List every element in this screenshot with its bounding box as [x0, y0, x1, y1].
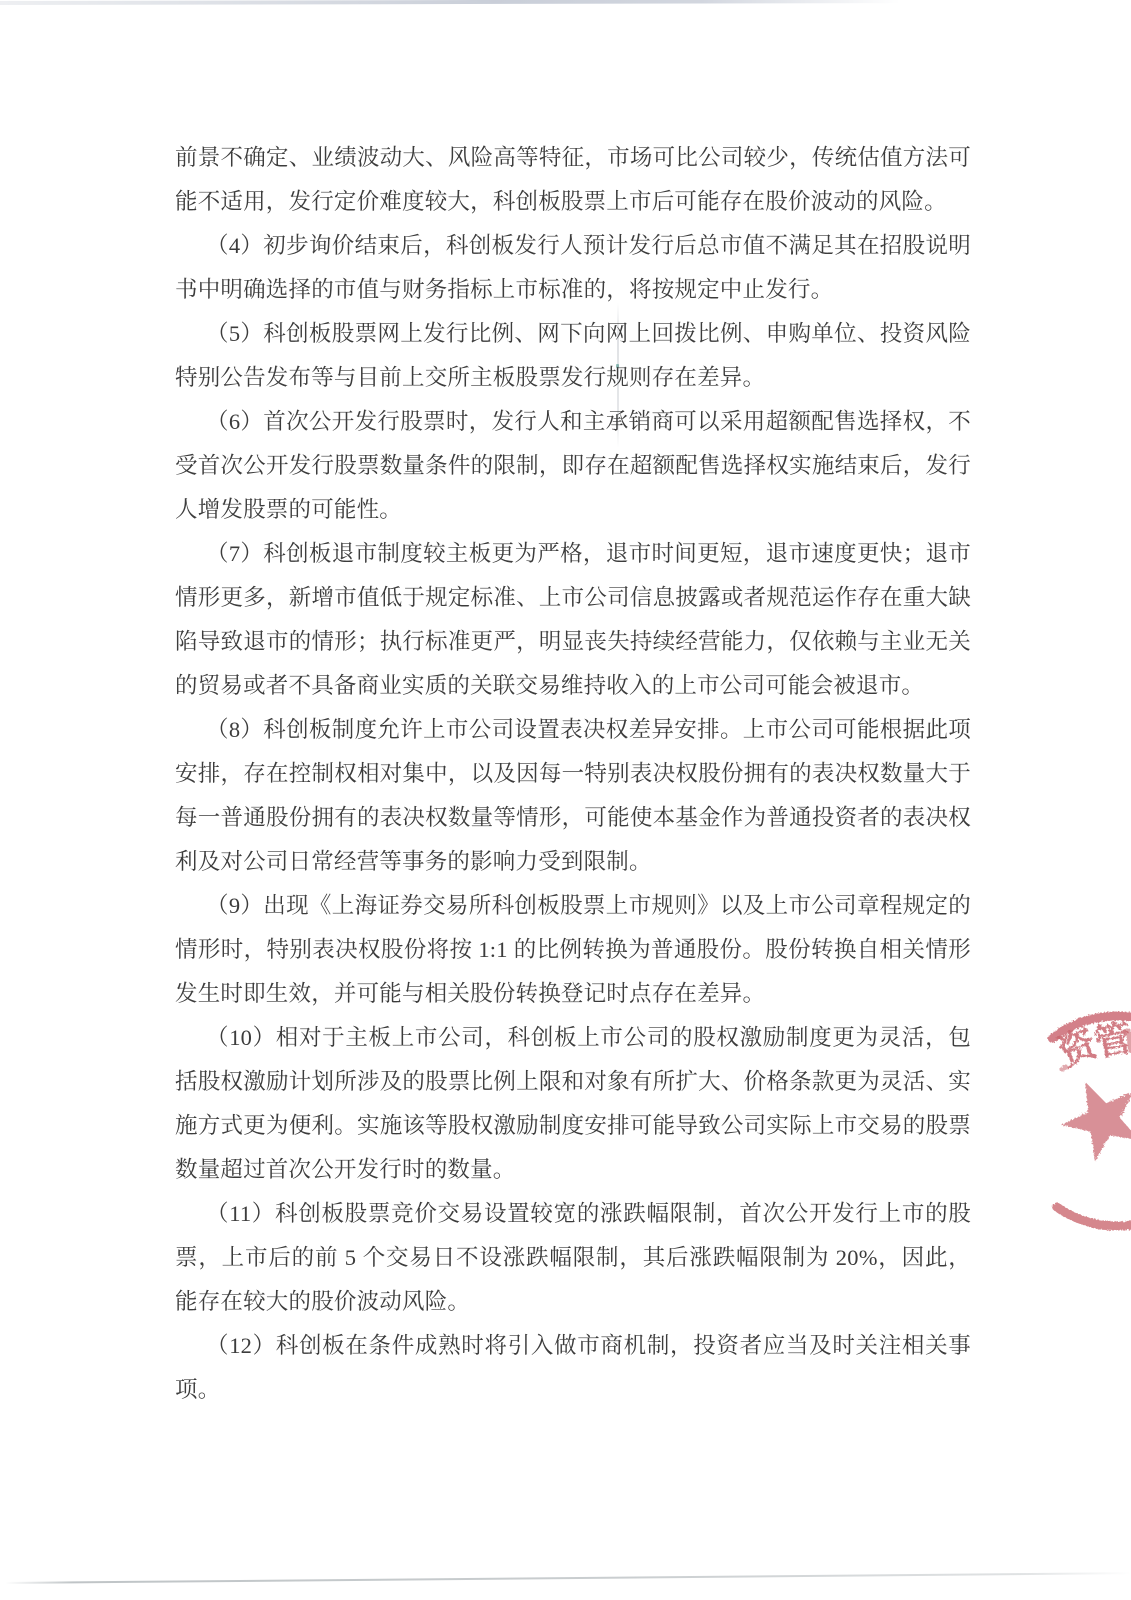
- text-line: 括股权激励计划所涉及的股票比例上限和对象有所扩大、价格条款更为灵活、实: [175, 1060, 971, 1104]
- text-line: （10）相对于主板上市公司，科创板上市公司的股权激励制度更为灵活，包: [175, 1016, 971, 1060]
- text-line: 发生时即生效，并可能与相关股份转换登记时点存在差异。: [175, 972, 971, 1016]
- text-line: 数量超过首次公开发行时的数量。: [175, 1148, 971, 1192]
- text-line: （4）初步询价结束后，科创板发行人预计发行后总市值不满足其在招股说明: [175, 224, 971, 268]
- text-line: 票，上市后的前 5 个交易日不设涨跌幅限制，其后涨跌幅限制为 20%，因此，可: [175, 1236, 971, 1280]
- text-line: 受首次公开发行股票数量条件的限制，即存在超额配售选择权实施结束后，发行: [175, 444, 971, 488]
- star-icon: [1061, 1082, 1131, 1161]
- text-line: 施方式更为便利。实施该等股权激励制度安排可能导致公司实际上市交易的股票: [175, 1104, 971, 1148]
- text-line: 前景不确定、业绩波动大、风险高等特征，市场可比公司较少，传统估值方法可: [175, 136, 971, 180]
- text-line: （6）首次公开发行股票时，发行人和主承销商可以采用超额配售选择权，不: [175, 400, 971, 444]
- text-line: 人增发股票的可能性。: [175, 488, 971, 532]
- text-line: （8）科创板制度允许上市公司设置表决权差异安排。上市公司可能根据此项: [175, 708, 971, 752]
- text-line: 利及对公司日常经营等事务的影响力受到限制。: [175, 840, 971, 884]
- text-line: （12）科创板在条件成熟时将引入做市商机制，投资者应当及时关注相关事: [175, 1324, 971, 1368]
- text-line: 陷导致退市的情形；执行标准更严，明显丧失持续经营能力，仅依赖与主业无关: [175, 620, 971, 664]
- text-line: 安排，存在控制权相对集中，以及因每一特别表决权股份拥有的表决权数量大于: [175, 752, 971, 796]
- text-line: 能存在较大的股价波动风险。: [175, 1280, 971, 1324]
- text-line: 书中明确选择的市值与财务指标上市标准的，将按规定中止发行。: [175, 268, 971, 312]
- text-line: 项。: [175, 1368, 971, 1412]
- text-line: 特别公告发布等与目前上交所主板股票发行规则存在差异。: [175, 356, 971, 400]
- text-line: 每一普通股份拥有的表决权数量等情形，可能使本基金作为普通投资者的表决权: [175, 796, 971, 840]
- text-line: 能不适用，发行定价难度较大，科创板股票上市后可能存在股价波动的风险。: [175, 180, 971, 224]
- document-body: 前景不确定、业绩波动大、风险高等特征，市场可比公司较少，传统估值方法可能不适用，…: [175, 136, 971, 1412]
- seal-char-2: 管: [1091, 1018, 1131, 1066]
- seal-ring-bottom-arc: [1057, 1201, 1131, 1226]
- text-line: （9）出现《上海证券交易所科创板股票上市规则》以及上市公司章程规定的: [175, 884, 971, 928]
- red-seal-stamp: 资 管: [1020, 985, 1131, 1265]
- text-line: 的贸易或者不具备商业实质的关联交易维持收入的上市公司可能会被退市。: [175, 664, 971, 708]
- scan-edge-bottom-line: [5, 1572, 1131, 1584]
- text-line: （11）科创板股票竞价交易设置较宽的涨跌幅限制，首次公开发行上市的股: [175, 1192, 971, 1236]
- scan-edge-top-line: [0, 0, 900, 5]
- text-line: （7）科创板退市制度较主板更为严格，退市时间更短，退市速度更快；退市: [175, 532, 971, 576]
- text-line: 情形更多，新增市值低于规定标准、上市公司信息披露或者规范运作存在重大缺: [175, 576, 971, 620]
- text-line: （5）科创板股票网上发行比例、网下向网上回拨比例、申购单位、投资风险: [175, 312, 971, 356]
- text-line: 情形时，特别表决权股份将按 1:1 的比例转换为普通股份。股份转换自相关情形: [175, 928, 971, 972]
